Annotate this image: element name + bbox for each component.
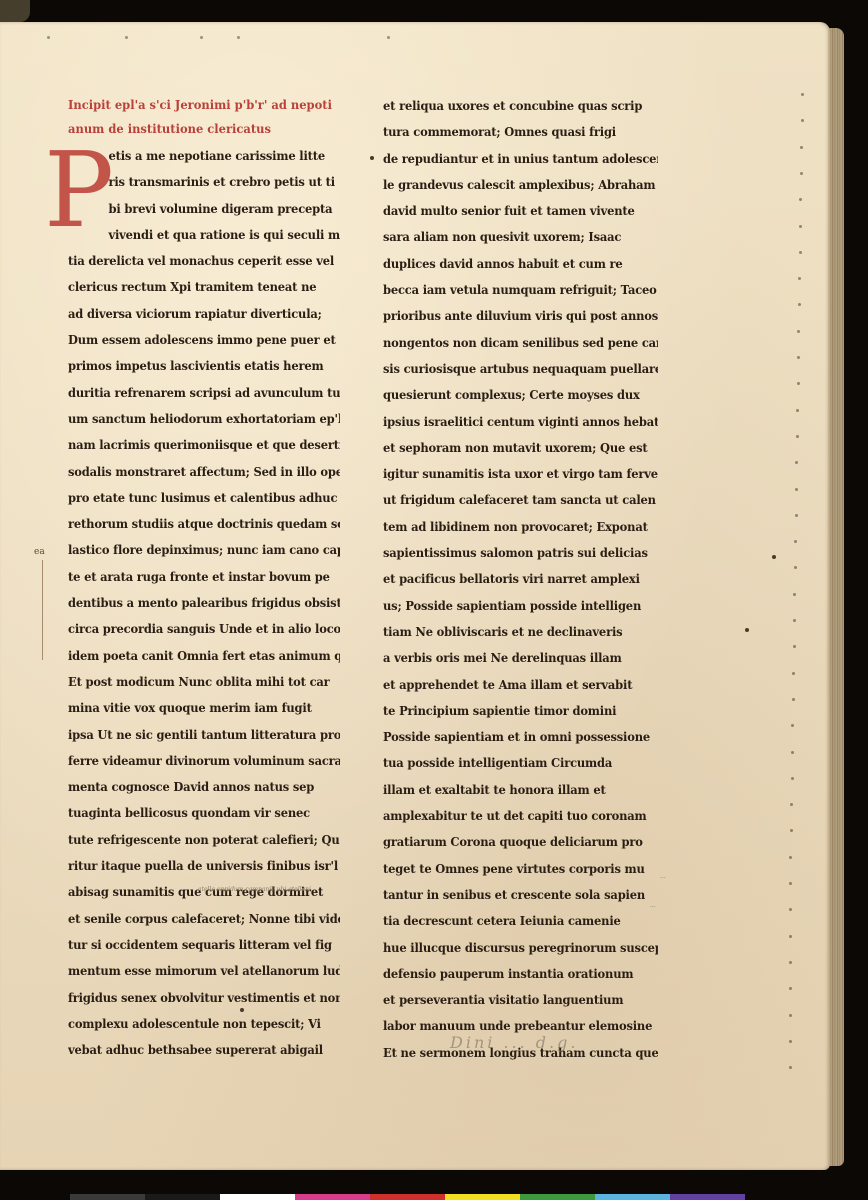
pricking-hole <box>387 36 390 39</box>
pricking-hole <box>789 1040 792 1043</box>
margin-rule <box>42 560 43 660</box>
pricking-hole <box>125 36 128 39</box>
calibration-swatch <box>220 1194 295 1200</box>
text-line: igitur sunamitis ista uxor et virgo tam … <box>383 461 636 487</box>
left-column: etis a me nepotiane carissime litteris t… <box>68 143 340 1063</box>
ink-dot <box>240 1008 244 1012</box>
text-line: um sanctum heliodorum exhortatoriam ep'l… <box>68 406 318 432</box>
text-line: vivendi et qua ratione is qui seculi mil… <box>68 222 318 248</box>
text-line: hue illucque discursus peregrinorum susc… <box>383 935 636 961</box>
text-line: duritia refrenarem scripsi ad avunculum … <box>68 380 318 406</box>
text-line: bi brevi volumine digeram precepta <box>68 196 318 222</box>
ink-dot <box>772 555 776 559</box>
calibration-swatch <box>670 1194 745 1200</box>
color-calibration-bar <box>70 1194 745 1200</box>
text-line: ferre videamur divinorum voluminum sacra <box>68 748 318 774</box>
calibration-swatch <box>370 1194 445 1200</box>
pricking-hole <box>789 882 792 885</box>
interlinear-gloss: atella oppidum campanie ubi atellani <box>198 886 311 893</box>
text-line: a verbis oris mei Ne derelinquas illam <box>383 645 636 671</box>
pricking-hole <box>789 961 792 964</box>
text-line: et reliqua uxores et concubine quas scri… <box>383 93 636 119</box>
text-line: clericus rectum Xpi tramitem teneat ne <box>68 274 318 300</box>
text-line: tuaginta bellicosus quondam vir senec <box>68 800 318 826</box>
pricking-hole <box>800 146 803 149</box>
text-line: et perseverantia visitatio languentium <box>383 987 636 1013</box>
text-line: tiam Ne obliviscaris et ne declinaveris <box>383 619 636 645</box>
ink-dot <box>370 156 374 160</box>
text-line: dentibus a mento palearibus frigidus obs… <box>68 590 318 616</box>
text-line: ut frigidum calefaceret tam sancta ut ca… <box>383 487 636 513</box>
text-line: ipsa Ut ne sic gentili tantum litteratur… <box>68 722 318 748</box>
text-line: tia decrescunt cetera Ieiunia camenie <box>383 908 636 934</box>
pricking-hole <box>801 93 804 96</box>
margin-note-right: ... <box>650 902 656 909</box>
text-line: idem poeta canit Omnia fert etas animum … <box>68 643 318 669</box>
text-line: sis curiosisque artubus nequaquam puella… <box>383 356 636 382</box>
text-line: et apprehendet te Ama illam et servabit <box>383 672 636 698</box>
text-line: le grandevus calescit amplexibus; Abraha… <box>383 172 636 198</box>
text-line: Et post modicum Nunc oblita mihi tot car <box>68 669 318 695</box>
text-line: vebat adhuc bethsabee supererat abigail <box>68 1037 318 1063</box>
text-line: nongentos non dicam senilibus sed pene c… <box>383 330 636 356</box>
pricking-hole <box>793 645 796 648</box>
text-line: menta cognosce David annos natus sep <box>68 774 318 800</box>
rubric-line: Incipit epl'a s'ci Jeronimi p'b'r' ad ne… <box>68 93 326 117</box>
text-line: us; Posside sapientiam posside intellige… <box>383 593 636 619</box>
text-line: etis a me nepotiane carissime litte <box>68 143 318 169</box>
text-line: Dum essem adolescens immo pene puer et <box>68 327 318 353</box>
ink-dot <box>745 628 749 632</box>
text-line: lastico flore depinximus; nunc iam cano … <box>68 537 318 563</box>
text-line: te Principium sapientie timor domini <box>383 698 636 724</box>
text-line: defensio pauperum instantia orationum <box>383 961 636 987</box>
text-line: te et arata ruga fronte et instar bovum … <box>68 564 318 590</box>
calibration-swatch <box>70 1194 145 1200</box>
margin-note: ea <box>34 547 45 557</box>
pricking-hole <box>799 251 802 254</box>
pricking-hole <box>789 935 792 938</box>
text-line: sara aliam non quesivit uxorem; Isaac <box>383 224 636 250</box>
text-line: primos impetus lascivientis etatis herem <box>68 353 318 379</box>
text-line: ris transmarinis et crebro petis ut ti <box>68 169 318 195</box>
text-line: frigidus senex obvolvitur vestimentis et… <box>68 985 318 1011</box>
text-line: rethorum studiis atque doctrinis quedam … <box>68 511 318 537</box>
text-line: complexu adolescentule non tepescit; Vi <box>68 1011 318 1037</box>
text-line: nam lacrimis querimoniisque et que deser… <box>68 432 318 458</box>
text-line: et pacificus bellatoris viri narret ampl… <box>383 566 636 592</box>
pricking-hole <box>793 619 796 622</box>
text-line: de repudiantur et in unius tantum adoles… <box>383 146 636 172</box>
calibration-swatch <box>445 1194 520 1200</box>
text-line: tem ad libidinem non provocaret; Exponat <box>383 514 636 540</box>
pricking-hole <box>797 356 800 359</box>
pricking-hole <box>791 777 794 780</box>
text-line: tur si occidentem sequaris litteram vel … <box>68 932 318 958</box>
pricking-hole <box>799 225 802 228</box>
text-line: tia derelicta vel monachus ceperit esse … <box>68 248 318 274</box>
text-line: david multo senior fuit et tamen vivente <box>383 198 636 224</box>
pricking-hole <box>792 672 795 675</box>
text-line: Posside sapientiam et in omni possession… <box>383 724 636 750</box>
text-line: et sephoram non mutavit uxorem; Que est <box>383 435 636 461</box>
text-line: mentum esse mimorum vel atellanorum ludi… <box>68 958 318 984</box>
right-column: et reliqua uxores et concubine quas scri… <box>383 93 658 1066</box>
pricking-hole <box>801 119 804 122</box>
pricking-hole <box>47 36 50 39</box>
faint-inscription: Dini ... d.g. <box>450 1033 578 1052</box>
text-line: ritur itaque puella de universis finibus… <box>68 853 318 879</box>
margin-note-right: ... <box>660 873 666 880</box>
pricking-hole <box>800 172 803 175</box>
text-line: ipsius israelitici centum viginti annos … <box>383 409 636 435</box>
calibration-swatch <box>145 1194 220 1200</box>
text-line: prioribus ante diluvium viris qui post a… <box>383 303 636 329</box>
text-line: duplices david annos habuit et cum re <box>383 251 636 277</box>
text-line: tute refrigescente non poterat calefieri… <box>68 827 318 853</box>
pricking-hole <box>237 36 240 39</box>
pricking-hole <box>796 435 799 438</box>
calibration-swatch <box>295 1194 370 1200</box>
page-edges <box>828 28 844 1166</box>
text-line: sodalis monstraret affectum; Sed in illo… <box>68 459 318 485</box>
pricking-hole <box>795 488 798 491</box>
text-line: mina vitie vox quoque merim iam fugit <box>68 695 318 721</box>
frayed-corner <box>0 0 30 22</box>
text-line: gratiarum Corona quoque deliciarum pro <box>383 829 636 855</box>
text-line: ad diversa viciorum rapiatur diverticula… <box>68 301 318 327</box>
text-line: amplexabitur te ut det capiti tuo corona… <box>383 803 636 829</box>
pricking-hole <box>797 382 800 385</box>
text-line: teget te Omnes pene virtutes corporis mu <box>383 856 636 882</box>
calibration-swatch <box>595 1194 670 1200</box>
text-line: quesierunt complexus; Certe moyses dux <box>383 382 636 408</box>
text-line: sapientissimus salomon patris sui delici… <box>383 540 636 566</box>
pricking-hole <box>200 36 203 39</box>
pricking-hole <box>792 698 795 701</box>
calibration-swatch <box>520 1194 595 1200</box>
pricking-hole <box>796 409 799 412</box>
pricking-hole <box>795 514 798 517</box>
text-line: illam et exaltabit te honora illam et <box>383 777 636 803</box>
text-line: becca iam vetula numquam refriguit; Tace… <box>383 277 636 303</box>
text-line: et senile corpus calefaceret; Nonne tibi… <box>68 906 318 932</box>
text-line: tura commemorat; Omnes quasi frigi <box>383 119 636 145</box>
text-line: pro etate tunc lusimus et calentibus adh… <box>68 485 318 511</box>
text-line: tantur in senibus et crescente sola sapi… <box>383 882 636 908</box>
text-line: circa precordia sanguis Unde et in alio … <box>68 616 318 642</box>
pricking-hole <box>791 751 794 754</box>
pricking-hole <box>789 1014 792 1017</box>
text-line: tua posside intelligentiam Circumda <box>383 750 636 776</box>
